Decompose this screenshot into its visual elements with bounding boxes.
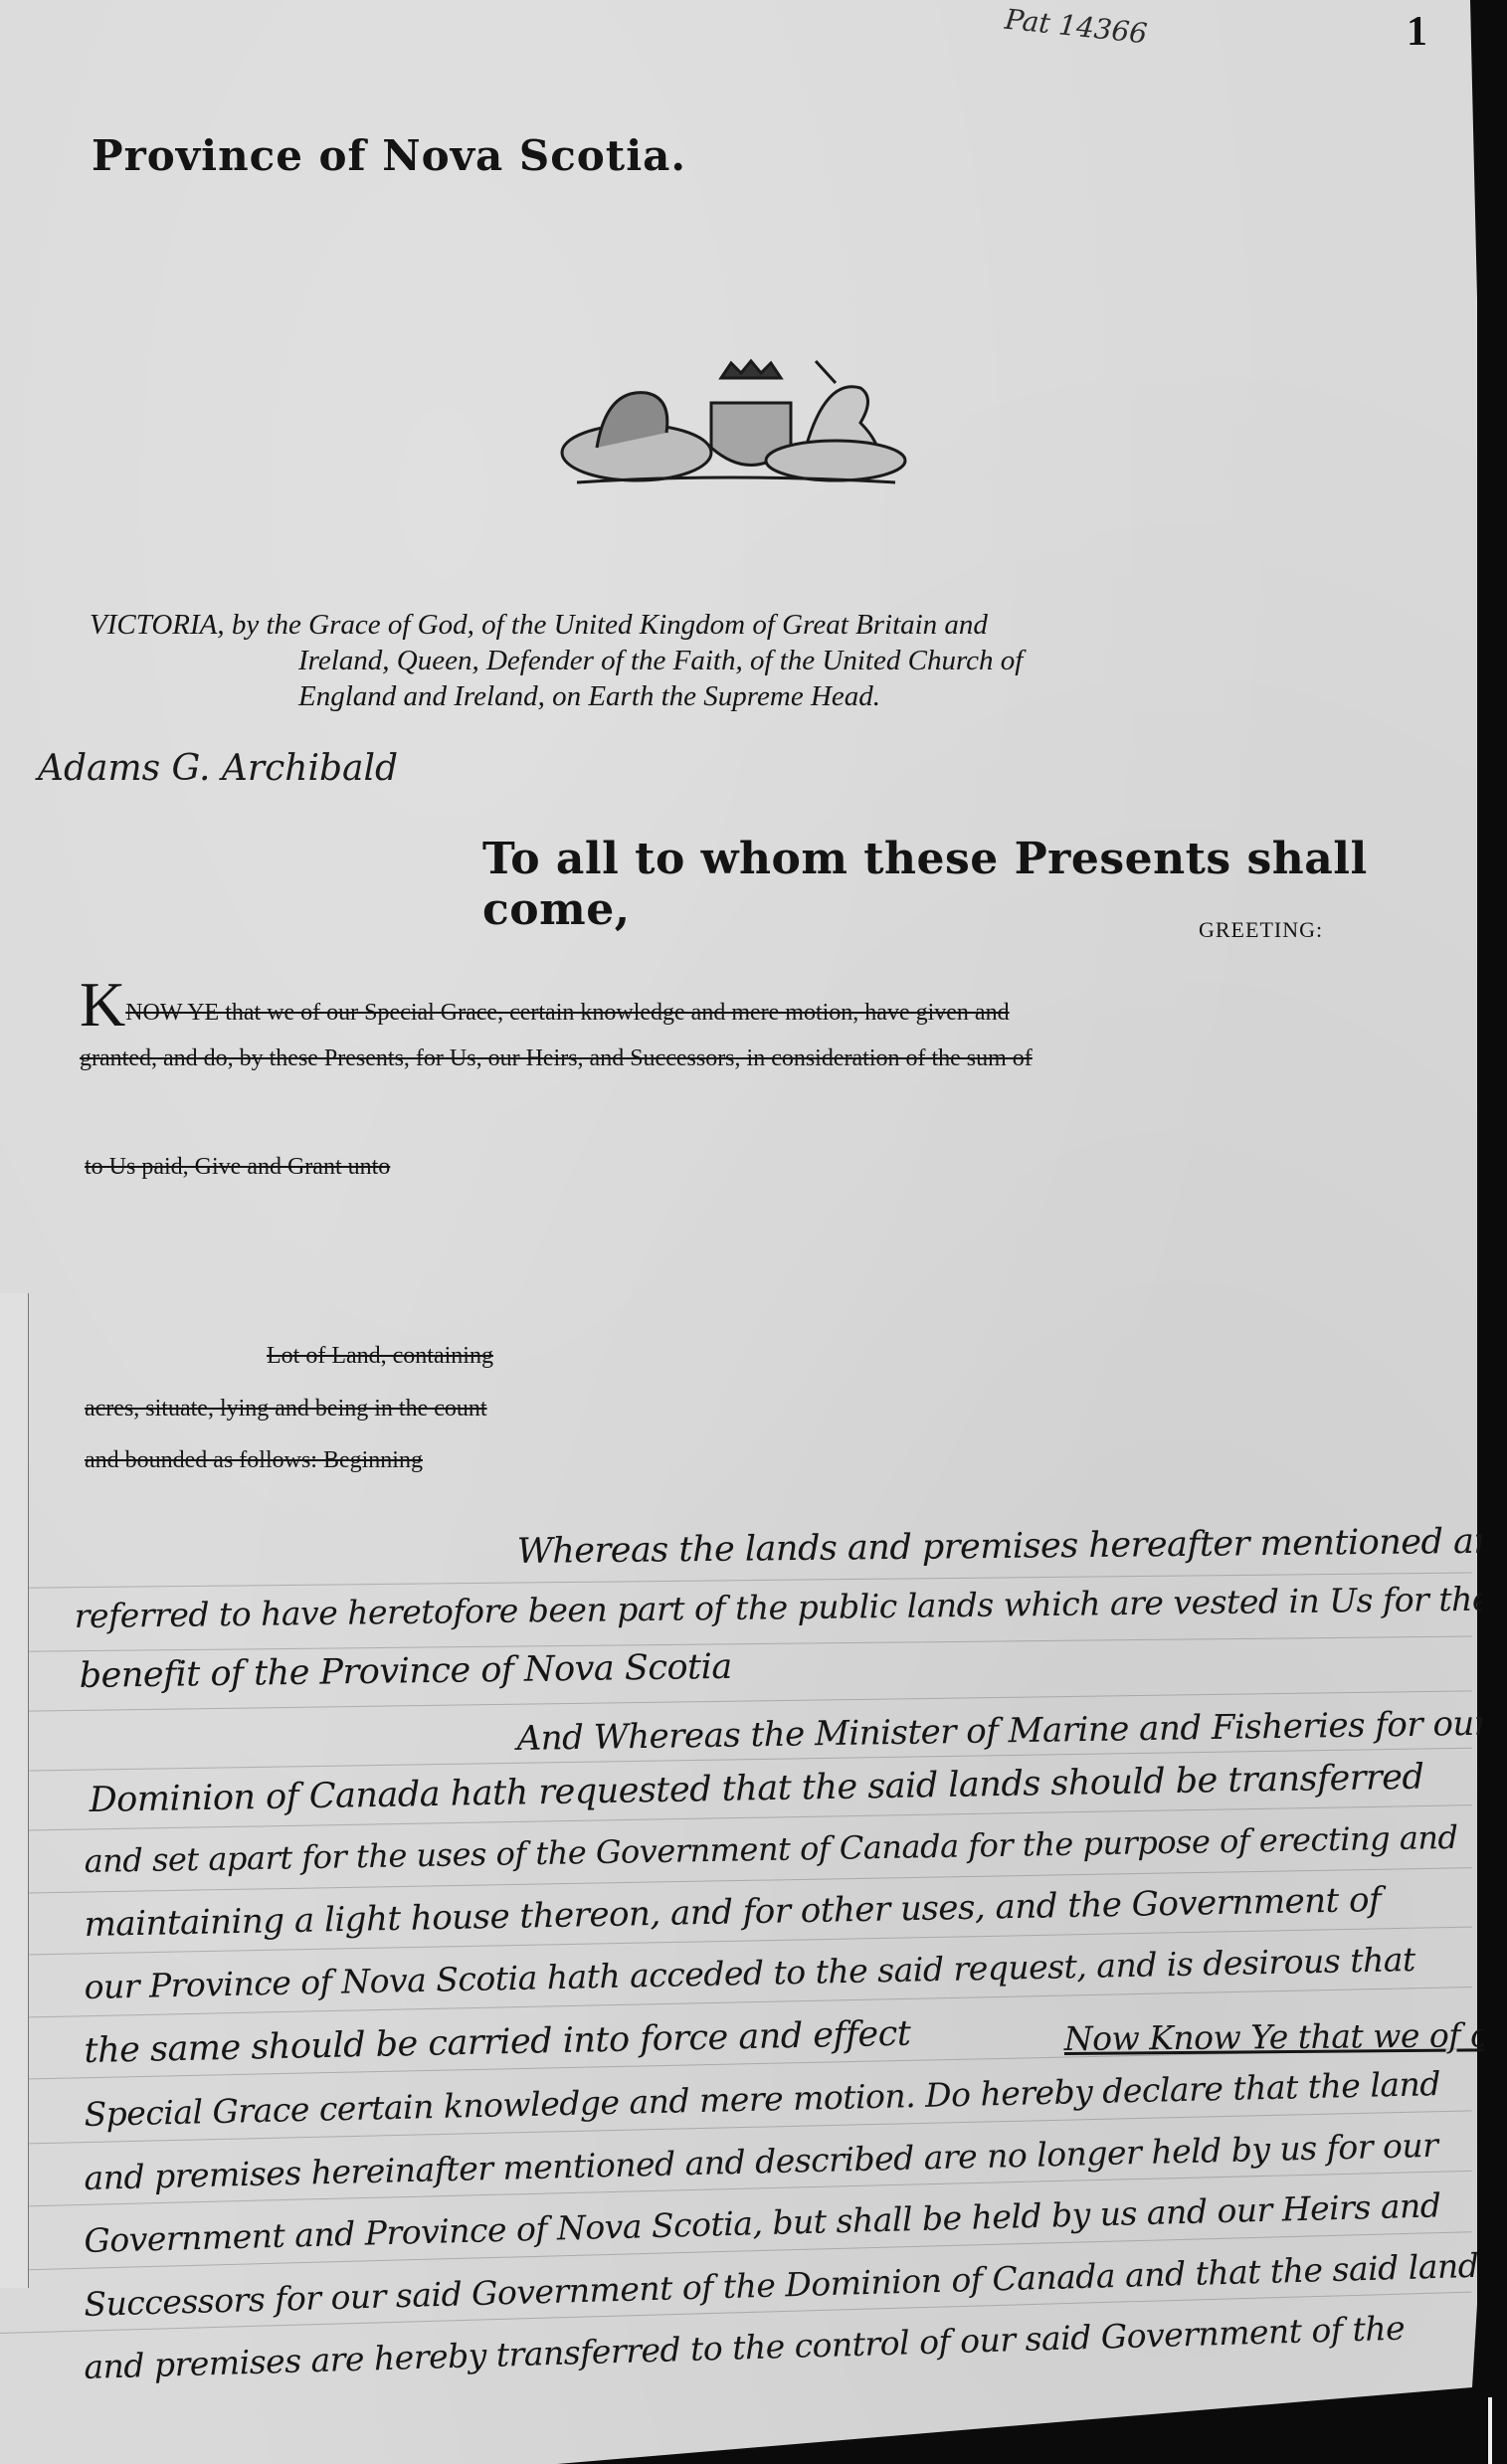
royal-preamble: VICTORIA, by the Grace of God, of the Un… <box>90 607 1353 714</box>
struck-text: granted, and do, by these Presents, for … <box>80 1045 1033 1071</box>
handwritten-line: maintaining a light house thereon, and f… <box>84 1880 1381 1945</box>
document-page: Pat 14366 1 Province of Nova Scotia. VIC… <box>0 0 1477 2464</box>
preamble-line: England and Ireland, on Earth the Suprem… <box>90 678 1353 714</box>
grantee-name: Adams G. Archibald <box>38 748 398 789</box>
handwritten-line: Government and Province of Nova Scotia, … <box>84 2185 1441 2260</box>
drop-cap: K <box>80 969 125 1040</box>
page-number: 1 <box>1407 8 1427 56</box>
struck-text: to Us paid, Give and Grant unto <box>85 1154 390 1181</box>
preamble-line: VICTORIA, by the Grace of God, of the Un… <box>90 607 1353 643</box>
handwritten-line: benefit of the Province of Nova Scotia <box>79 1647 731 1696</box>
handwritten-line: referred to have heretofore been part of… <box>75 1580 1492 1635</box>
scan-edge-mark <box>1488 2397 1492 2464</box>
handwritten-line: Special Grace certain knowledge and mere… <box>84 2064 1440 2134</box>
struck-know-ye-clause: KNOW YE that we of our Special Grace, ce… <box>80 985 1353 1081</box>
struck-text: NOW YE that we of our Special Grace, cer… <box>125 1000 1009 1026</box>
reference-number: Pat 14366 <box>1004 3 1149 51</box>
preamble-line: Ireland, Queen, Defender of the Faith, o… <box>90 643 1353 678</box>
salutation-heading: To all to whom these Presents shall come… <box>482 834 1477 935</box>
paper-fold-flap <box>0 1293 29 2288</box>
ruled-line <box>0 1636 1472 1652</box>
struck-text: and bounded as follows: Beginning <box>85 1447 423 1474</box>
handwritten-line: Whereas the lands and premises hereafter… <box>517 1521 1507 1572</box>
royal-coat-of-arms-icon <box>537 353 915 492</box>
struck-text: Lot of Land, containing <box>267 1343 493 1370</box>
province-title: Province of Nova Scotia. <box>92 131 686 180</box>
greeting-label: GREETING: <box>1199 917 1323 943</box>
handwritten-now-know-ye: Now Know Ye that we of our <box>1064 2015 1507 2058</box>
handwritten-line: and premises are hereby transferred to t… <box>84 2309 1406 2386</box>
struck-text: acres, situate, lying and being in the c… <box>85 1396 487 1422</box>
